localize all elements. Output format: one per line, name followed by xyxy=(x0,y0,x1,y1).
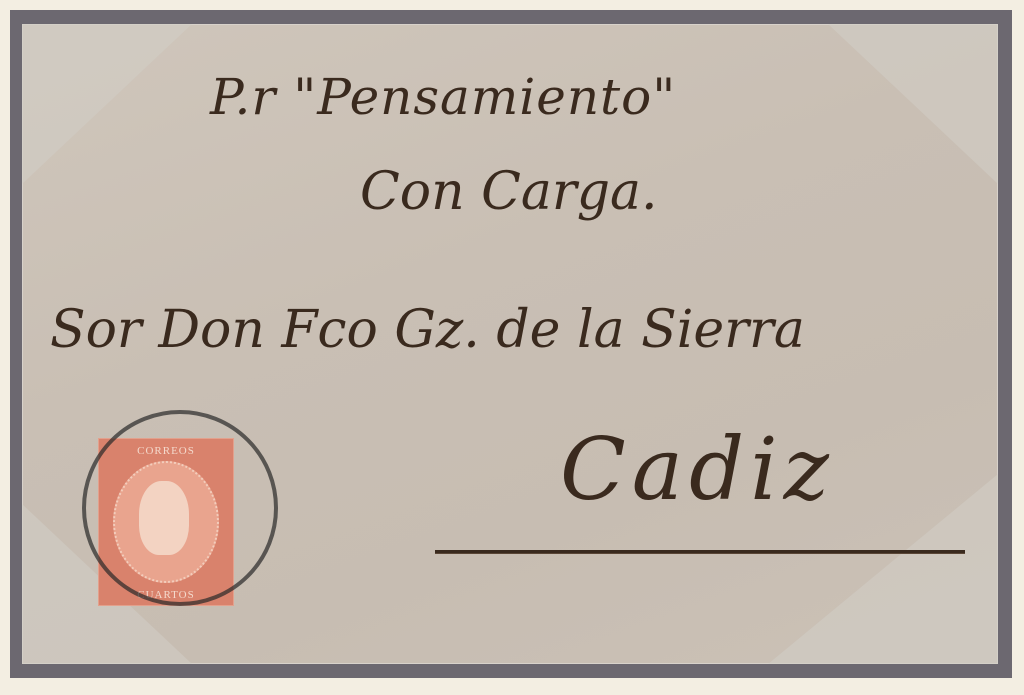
address-line-ship: P.r "Pensamiento" xyxy=(210,68,676,126)
address-line-recipient: Sor Don Fco Gz. de la Sierra xyxy=(50,300,805,360)
address-line-cargo: Con Carga. xyxy=(360,162,658,222)
address-line-city: Cadiz xyxy=(560,420,835,520)
circular-postmark-icon xyxy=(82,410,278,606)
city-underline xyxy=(435,550,965,554)
